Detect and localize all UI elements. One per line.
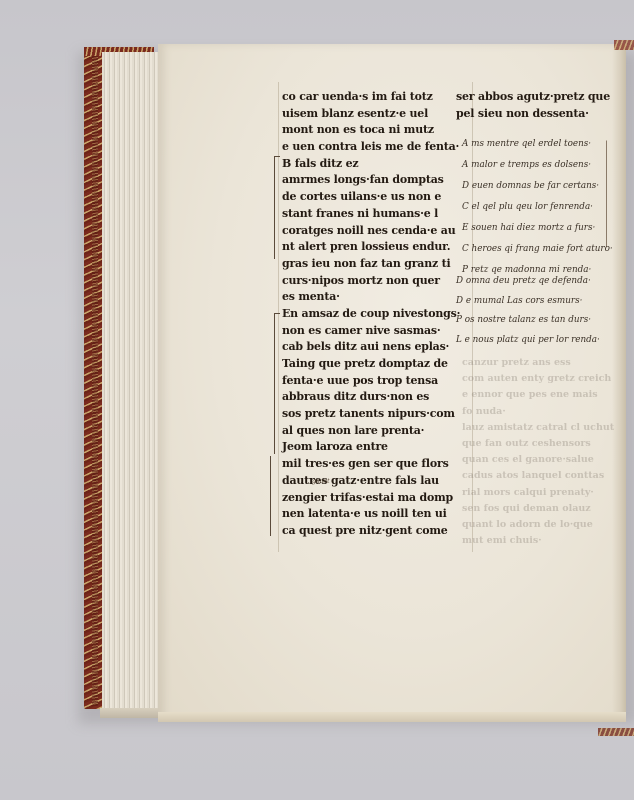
ghost-line: fo nuda·	[462, 404, 612, 420]
verse-block-1: A ms mentre qel erdel toens· A malor e t…	[462, 134, 612, 281]
paragraph-bracket	[274, 156, 280, 259]
show-through-text: canzur pretz ans ess com auten enty gret…	[462, 355, 612, 549]
verse-line: E souen hai diez mortz a furs·	[462, 218, 612, 239]
ghost-line: quan ces el ganore·salue	[462, 452, 612, 468]
text-line: amrmes longs·fan domptas	[282, 171, 474, 188]
verse-line: C el qel plu qeu lor fenrenda·	[462, 197, 612, 218]
verse-line: L e nous platz qui per lor renda·	[456, 331, 606, 351]
opposite-binding-bottom	[598, 728, 634, 736]
opposite-binding-top	[614, 40, 634, 50]
verse-line: A malor e tremps es dolsens·	[462, 155, 612, 176]
text-line: sos pretz tanents nipurs·com	[282, 405, 474, 422]
text-line: fenta·e uue pos trop tensa	[282, 372, 474, 389]
ghost-line: quant lo adorn de lo·que	[462, 517, 612, 533]
text-line: Taing que pretz domptaz de	[282, 355, 474, 372]
text-line: dautres gatz·entre fals lau	[282, 472, 474, 489]
binding-gold-tooling	[92, 56, 98, 706]
ghost-line: lauz amistatz catral cl uchut	[462, 420, 612, 436]
text-line: curs·nipos mortz non quer	[282, 272, 474, 289]
text-line: al ques non lare prenta·	[282, 422, 474, 439]
text-line: ca quest pre nitz·gent come	[282, 522, 474, 539]
verse-line: D euen domnas be far certans·	[462, 176, 612, 197]
text-line: mont non es toca ni mutz	[282, 121, 474, 138]
text-line: nen latenta·e us noill ten ui	[282, 505, 474, 522]
text-line: stant franes ni humans·e l	[282, 205, 474, 222]
text-line: non es camer nive sasmas·	[282, 322, 474, 339]
ghost-line: mut emi chuis·	[462, 533, 612, 549]
text-line: En amsaz de coup nivestongs·	[282, 305, 474, 322]
verse-line: A ms mentre qel erdel toens·	[462, 134, 612, 155]
text-line: e uen contra leis me de fenta·	[282, 138, 474, 155]
paragraph-bracket	[270, 456, 276, 536]
text-line: ser abbos agutz·pretz que	[456, 88, 616, 105]
ghost-line: rial mors calqui prenaty·	[462, 485, 612, 501]
verse-line: P os nostre talanz es tan durs·	[456, 311, 606, 331]
verse-line: C heroes qi frang maie fort aturo·	[462, 239, 612, 260]
left-text-column: co car uenda·s im fai totz uisem blanz e…	[282, 88, 478, 539]
text-line: nt alert pren lossieus endur.	[282, 238, 474, 255]
ghost-line: que fan outz ceshensors	[462, 436, 612, 452]
text-line: es menta·	[282, 288, 474, 305]
ghost-line: canzur pretz ans ess	[462, 355, 612, 371]
text-line: de cortes uilans·e us non e	[282, 188, 474, 205]
page-block-bottom	[100, 708, 160, 718]
verse-line: D omna deu pretz qe defenda·	[456, 272, 606, 292]
text-line: coratges noill nes cenda·e au	[282, 222, 474, 239]
ghost-line: com auten enty gretz creich	[462, 371, 612, 387]
text-line: Jeom laroza entre	[282, 438, 474, 455]
text-line: gras ieu non faz tan granz ti	[282, 255, 474, 272]
text-line: co car uenda·s im fai totz	[282, 88, 474, 105]
text-line: pel sieu non dessenta·	[456, 105, 616, 122]
text-line: mil tres·es gen ser que flors	[282, 455, 474, 472]
text-line: B fals ditz ez	[282, 155, 474, 172]
verse-block-2: D omna deu pretz qe defenda· D e mumal L…	[456, 272, 606, 350]
text-line: abbraus ditz durs·non es	[282, 388, 474, 405]
text-line: zengier trifas·estai ma domp	[282, 489, 474, 506]
verse-line: D e mumal Las cors esmurs·	[456, 292, 606, 312]
page-gutter-shadow	[612, 44, 626, 720]
interlinear-gloss: gnant	[312, 478, 330, 485]
right-prose-column: ser abbos agutz·pretz que pel sieu non d…	[456, 88, 616, 122]
text-line: cab bels ditz aui nens eplas·	[282, 338, 474, 355]
text-line: uisem blanz esentz·e uel	[282, 105, 474, 122]
ghost-line: cadus atos lanquel conttas	[462, 468, 612, 484]
ghost-line: e ennor que pes ene mais	[462, 387, 612, 403]
paragraph-bracket	[274, 313, 280, 454]
page-bottom-edge	[158, 712, 626, 722]
ghost-line: sen fos qui deman olauz	[462, 501, 612, 517]
page-block-stack	[102, 52, 160, 717]
